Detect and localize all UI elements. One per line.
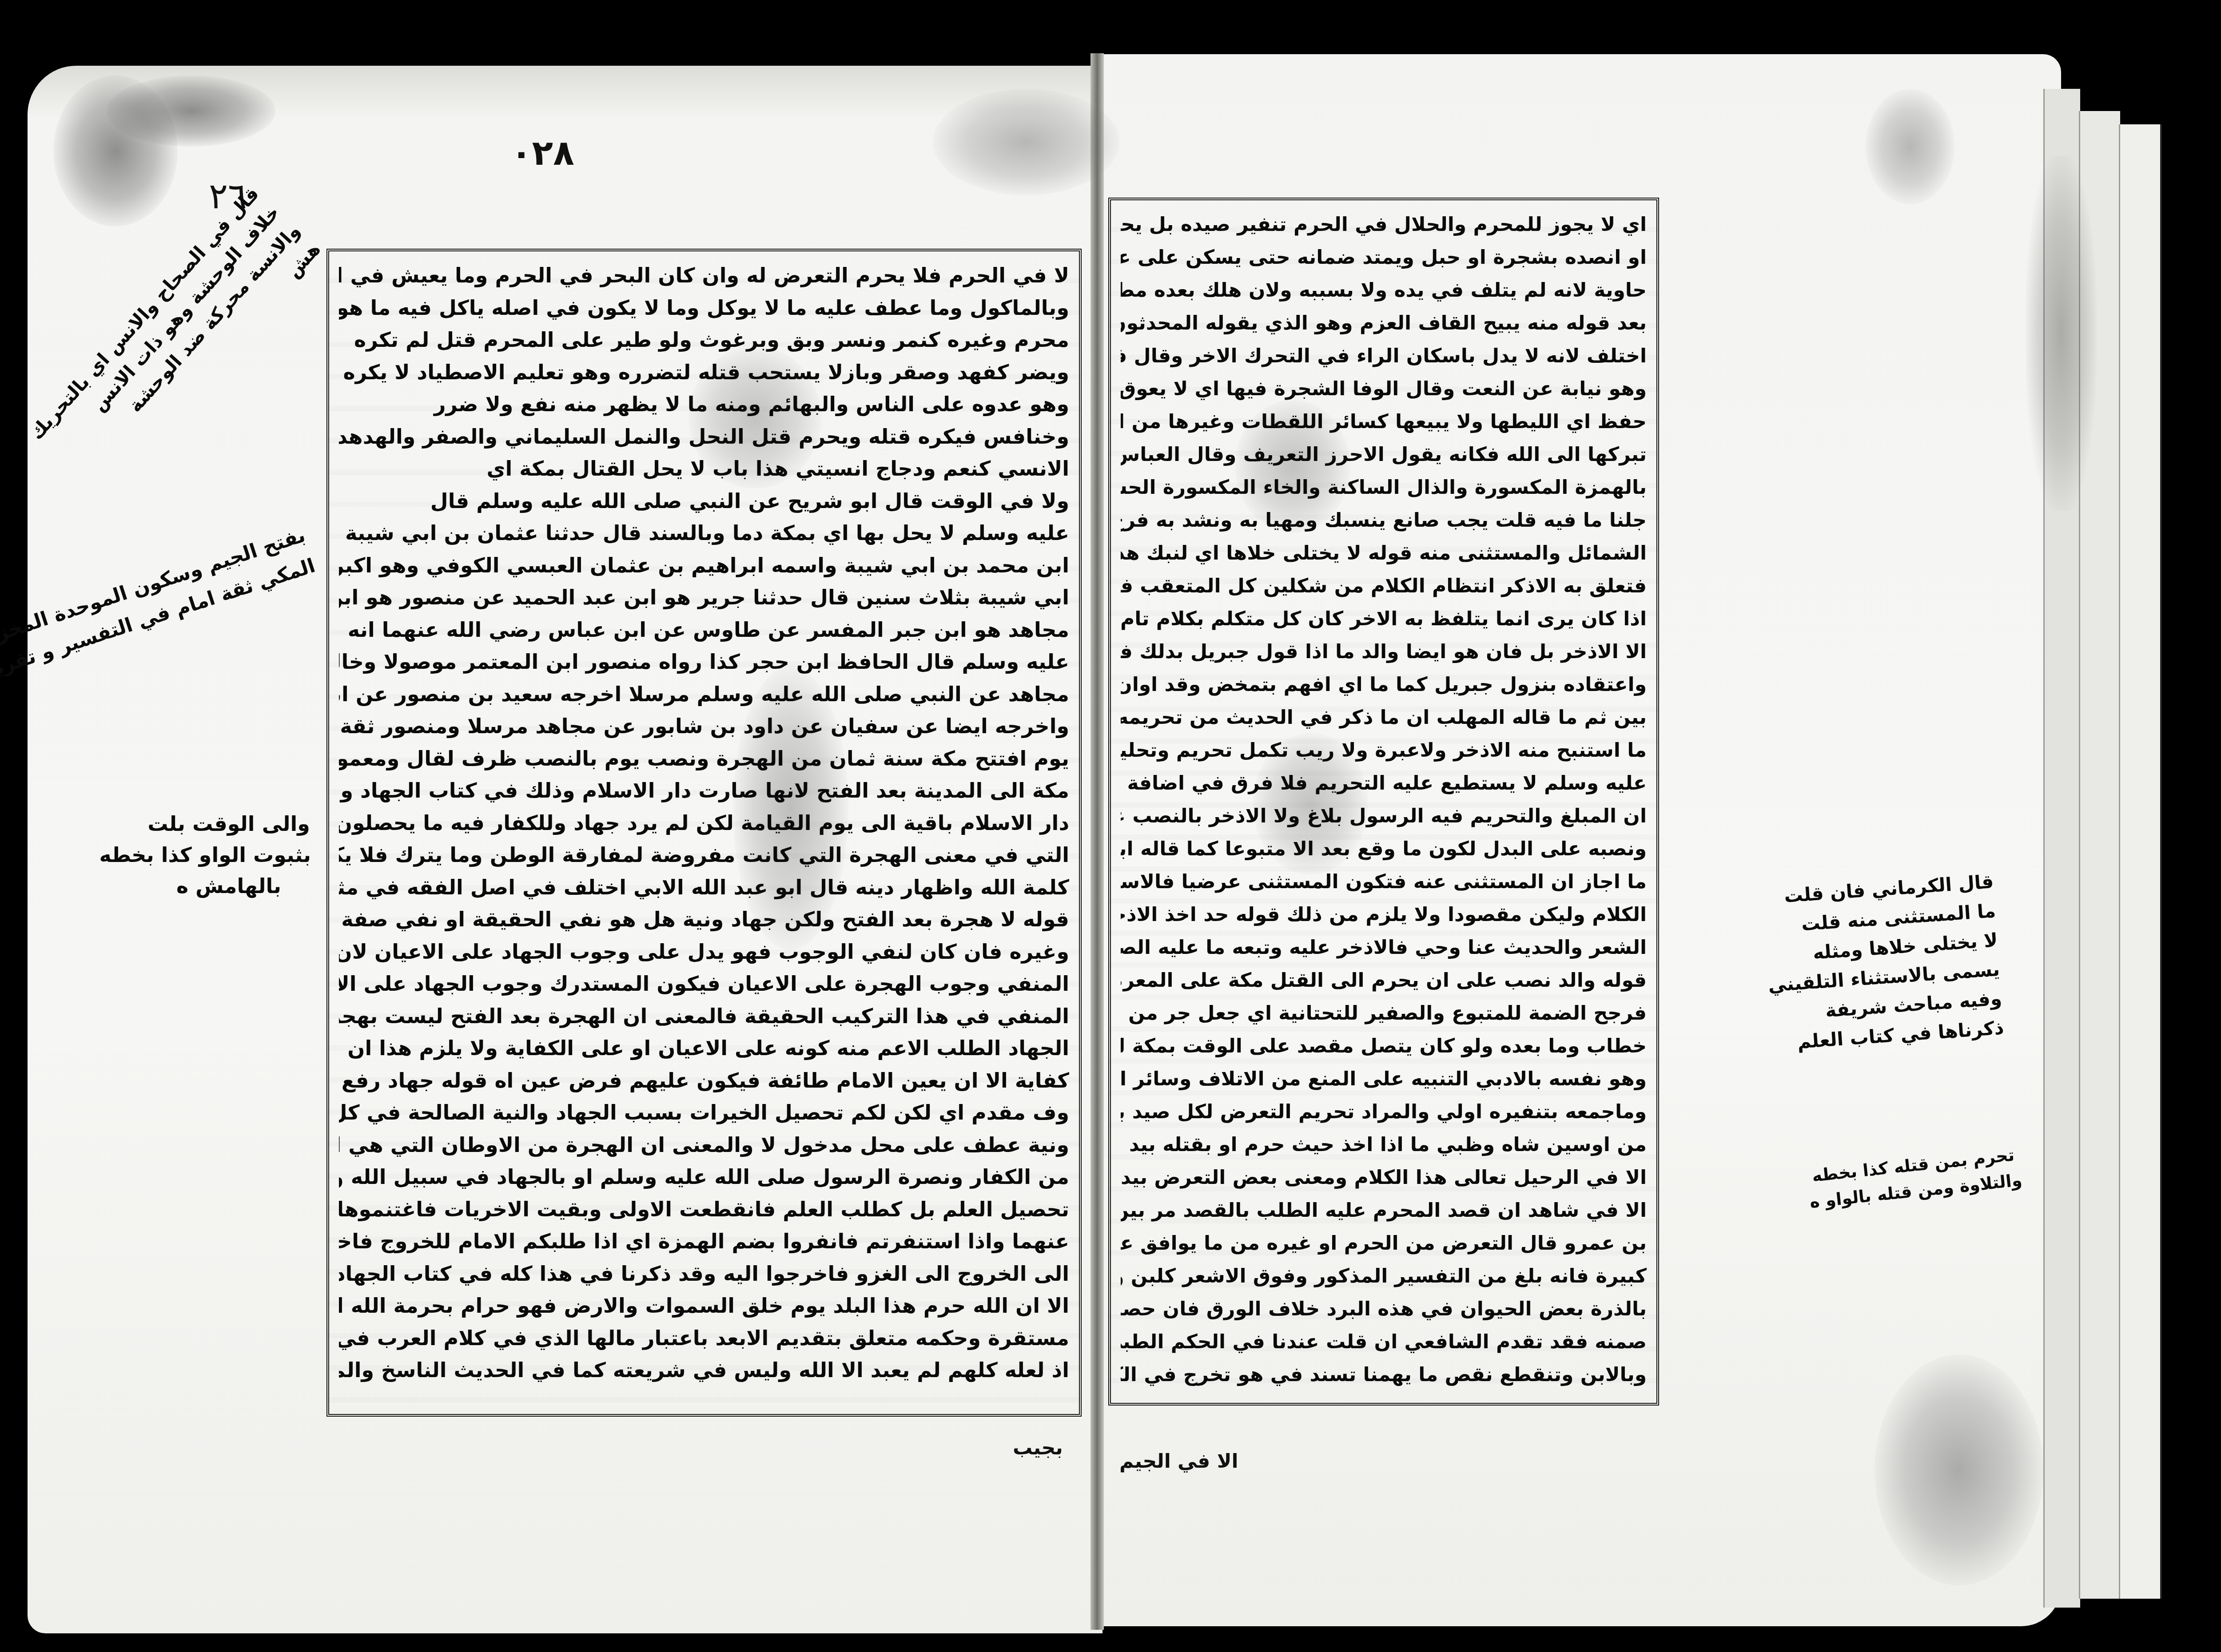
text-line: قوله لا هجرة بعد الفتح ولكن جهاد ونية هل… xyxy=(339,903,1069,936)
page-edge xyxy=(2079,111,2120,1599)
margin-note-waqt: والى الوقت بلت بثبوت الواو كذا بخطه باله… xyxy=(147,808,311,901)
text-line: وبالابن وتنقطع نقص ما يهمنا تسند في هو ت… xyxy=(1121,1358,1647,1391)
text-line: فتعلق به الاذكر انتظام الكلام من شكلين ك… xyxy=(1121,570,1647,603)
text-line: او انصده بشجرة او حبل ويمتد ضمانه حتى يس… xyxy=(1121,241,1647,274)
text-line: بين ثم ما قاله المهلب ان ما ذكر في الحدي… xyxy=(1121,701,1647,734)
text-line: جلنا ما فيه قلت يجب صانع ينسبك ومهيا به … xyxy=(1121,504,1647,537)
text-line: الى الخروج الى الغزو فاخرجوا اليه وقد ذك… xyxy=(339,1258,1069,1290)
text-line: اختلف لانه لا يدل باسكان الراء في التحرك… xyxy=(1121,340,1647,373)
right-text-block: اي لا يجوز للمحرم والحلال في الحرم تنفير… xyxy=(1108,198,1659,1406)
text-line: من الكفار ونصرة الرسول صلى الله عليه وسل… xyxy=(339,1161,1069,1193)
text-line: وماجمعه بتنفيره اولي والمراد تحريم التعر… xyxy=(1121,1096,1647,1128)
gutter-fold xyxy=(1091,53,1104,1630)
text-line: حفظ اي الليطها ولا يبيعها كسائر اللقطات … xyxy=(1121,405,1647,438)
text-line: المنفي في هذا التركيب الحقيقة فالمعنى ان… xyxy=(339,1000,1069,1032)
text-line: ان المبلغ والتحريم فيه الرسول بلاغ ولا ا… xyxy=(1121,800,1647,833)
text-line: ابن محمد بن ابي شيبة واسمه ابراهيم بن عث… xyxy=(339,549,1069,582)
text-line: عليه وسلم لا يستطيع عليه التحريم فلا فرق… xyxy=(1121,767,1647,800)
text-line: دار الاسلام باقية الى يوم القيامة لكن لم… xyxy=(339,807,1069,839)
text-line: الا في الرحيل تعالى هذا الكلام ومعنى بعض… xyxy=(1121,1161,1647,1194)
text-line: وخنافس فيكره قتله ويحرم قتل النحل والنمل… xyxy=(339,421,1069,453)
text-line: حاوية لانه لم يتلف في يده ولا بسببه ولان… xyxy=(1121,274,1647,307)
text-line: صمنه فقد تقدم الشافعي ان قلت عندنا في ال… xyxy=(1121,1326,1647,1358)
text-line: تحصيل العلم بل كطلب العلم فانقطعت الاولى… xyxy=(339,1193,1069,1226)
text-line: الا الاذخر بل فان هو ايضا والد ما اذا قو… xyxy=(1121,635,1647,668)
text-line: مستقرة وحكمه متعلق بتقديم الابعد باعتبار… xyxy=(339,1322,1069,1354)
page-number: ٠٢٨ xyxy=(511,133,574,173)
text-line: بن عمرو قال التعرض من الحرم او غيره من م… xyxy=(1121,1227,1647,1260)
text-line: التي في معنى الهجرة التي كانت مفروضة لمف… xyxy=(339,839,1069,871)
catchword-right: الا في الجيم xyxy=(1119,1450,1238,1473)
text-line: اذ لعله كلهم لم يعبد الا الله وليس في شر… xyxy=(339,1354,1069,1386)
text-line: لا في الحرم فلا يحرم التعرض له وان كان ا… xyxy=(339,259,1069,292)
text-line: بالذرة بعض الحيوان في هذه البرد خلاف الو… xyxy=(1121,1293,1647,1326)
text-line: مكة الى المدينة بعد الفتح لانها صارت دار… xyxy=(339,774,1069,807)
text-line: محرم وغيره كنمر ونسر وبق وبرغوث ولو طير … xyxy=(339,324,1069,356)
text-line: فرجح الضمة للمتبوع والصفير للتحتانية اي … xyxy=(1121,997,1647,1030)
text-line: وبالماكول وما عطف عليه ما لا يوكل وما لا… xyxy=(339,292,1069,324)
text-line: ويضر كفهد وصقر وبازلا يستحب قتله لتضرره … xyxy=(339,356,1069,389)
margin-note-line: بالهامش ه xyxy=(147,870,311,901)
text-line: واخرجه ايضا عن سفيان عن داود بن شابور عن… xyxy=(339,710,1069,743)
text-line: الجهاد الطلب الاعم منه كونه على الاعيان … xyxy=(339,1032,1069,1064)
text-line: خطاب وما بعده ولو كان يتصل مقصد على الوق… xyxy=(1121,1030,1647,1063)
text-line: الا ان الله حرم هذا البلد يوم خلق السموا… xyxy=(339,1290,1069,1322)
text-line: ما اجاز ان المستثنى عنه فتكون المستثنى ع… xyxy=(1121,866,1647,898)
margin-note-line: بثبوت الواو كذا بخطه xyxy=(147,839,311,870)
page-edge xyxy=(2119,124,2162,1599)
text-line: ابي شيبة بثلاث سنين قال حدثنا جرير هو اب… xyxy=(339,581,1069,614)
text-line: بعد قوله منه يبيح القاف العزم وهو الذي ي… xyxy=(1121,307,1647,340)
text-line: ولا في الوقت قال ابو شريح عن النبي صلى ا… xyxy=(339,485,1069,517)
text-line: وف مقدم اي لكن لكم تحصيل الخيرات بسبب ال… xyxy=(339,1096,1069,1129)
text-line: الانسي كنعم ودجاج انسيتي هذا باب لا يحل … xyxy=(339,453,1069,485)
text-line: كلمة الله واظهار دينه قال ابو عبد الله ا… xyxy=(339,871,1069,904)
text-line: ونصبه على البدل لكون ما وقع بعد الا متبو… xyxy=(1121,833,1647,866)
text-line: عليه وسلم لا يحل بها اي بمكة دما وبالسند… xyxy=(339,517,1069,549)
text-line: الا في شاهد ان قصد المحرم عليه الطلب بال… xyxy=(1121,1194,1647,1227)
catchword-left: بجيب xyxy=(1013,1437,1063,1459)
text-line: مجاهد هو ابن جبر المفسر عن طاوس عن ابن ع… xyxy=(339,614,1069,646)
text-line: الشعر والحديث عنا وحي فالاذخر عليه وتبعه… xyxy=(1121,931,1647,964)
text-line: بالهمزة المكسورة والذال الساكنة والخاء ا… xyxy=(1121,471,1647,504)
text-line: وهو نفسه بالادبي التنبيه على المنع من ال… xyxy=(1121,1063,1647,1096)
text-line: وهو عدوه على الناس والبهائم ومنه ما لا ي… xyxy=(339,388,1069,421)
left-text-block: لا في الحرم فلا يحرم التعرض له وان كان ا… xyxy=(326,249,1082,1417)
text-line: قوله والد نصب على ان يحرم الى القتل مكة … xyxy=(1121,964,1647,997)
text-line: الشمائل والمستثنى منه قوله لا يختلى خلاه… xyxy=(1121,537,1647,570)
text-line: عليه وسلم قال الحافظ ابن حجر كذا رواه من… xyxy=(339,646,1069,678)
text-line: واعتقاده بنزول جبريل كما ما اي افهم بتمخ… xyxy=(1121,668,1647,701)
text-line: وغيره فان كان لنفي الوجوب فهو يدل على وج… xyxy=(339,936,1069,968)
text-line: كبيرة فانه بلغ من التفسير المذكور وفوق ا… xyxy=(1121,1260,1647,1293)
text-line: ما استنبح منه الاذخر ولاعبرة ولا ريب تكم… xyxy=(1121,734,1647,767)
page-edge xyxy=(2043,89,2080,1608)
text-line: المنفي وجوب الهجرة على الاعيان فيكون الم… xyxy=(339,968,1069,1000)
text-line: الكلام وليكن مقصودا ولا يلزم من ذلك قوله… xyxy=(1121,898,1647,931)
margin-note-kirmani: قال الكرماني فان قلت ما المستثنى منه قلت… xyxy=(1824,867,2005,1054)
text-line: من اوسين شاه وظبي ما اذا اخذ حيث حرم او … xyxy=(1121,1128,1647,1161)
text-line: تبركها الى الله فكانه يقول الاحرز التعري… xyxy=(1121,438,1647,471)
text-line: مجاهد عن النبي صلى الله عليه وسلم مرسلا … xyxy=(339,678,1069,711)
text-line: عنهما واذا استنفرتم فانفروا بضم الهمزة ا… xyxy=(339,1225,1069,1258)
text-line: اي لا يجوز للمحرم والحلال في الحرم تنفير… xyxy=(1121,208,1647,241)
margin-note-line: والى الوقت بلت xyxy=(147,808,311,839)
text-line: يوم افتتح مكة سنة ثمان من الهجرة ونصب يو… xyxy=(339,743,1069,775)
text-line: وهو نيابة عن النعت وقال الوفا الشجرة فيه… xyxy=(1121,373,1647,405)
text-line: ونية عطف على محل مدخول لا والمعنى ان اله… xyxy=(339,1129,1069,1161)
text-line: كفاية الا ان يعين الامام طائفة فيكون علي… xyxy=(339,1064,1069,1097)
text-line: اذا كان يرى انما يتلفظ به الاخر كان كل م… xyxy=(1121,603,1647,635)
